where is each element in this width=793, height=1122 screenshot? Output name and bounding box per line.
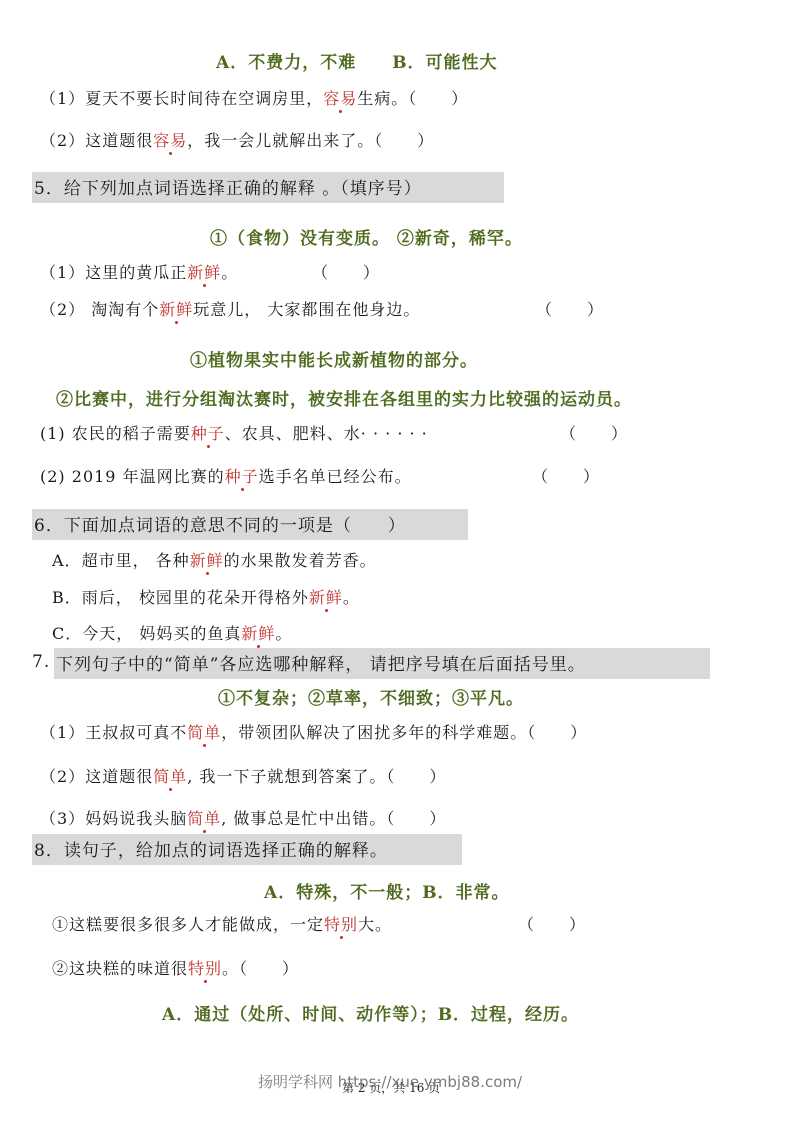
item-number: （3） <box>40 809 85 828</box>
q8-group2-options: A．通过（处所、时间、动作等）；B．过程，经历。 <box>162 1000 579 1025</box>
keyword: 新鲜 <box>159 297 193 320</box>
choice-text-after: 的水果散发着芳香。 <box>224 551 377 570</box>
q7-number: 7. <box>32 652 50 672</box>
item-text-after: 选手名单已经公布。 <box>259 467 412 486</box>
q4-options: A．不费力，不难 B．可能性大 <box>216 48 498 73</box>
q6-choice-c[interactable]: C．今天， 妈妈买的鱼真新鲜。 <box>52 621 292 644</box>
item-text: 妈妈说我头脑 <box>85 809 187 828</box>
item-number: （2） <box>40 767 85 786</box>
item-text: 农民的稻子需要 <box>72 424 191 443</box>
choice-label: C． <box>52 624 82 643</box>
item-text-after: 玩意儿， 大家都围在他身边。 <box>193 300 420 319</box>
item-text: 这道题很 <box>85 131 153 150</box>
answer-paren[interactable]: （ ） <box>560 421 628 444</box>
watermark: 扬明学科网 https://xue.ymbj88.com/ <box>258 1071 522 1092</box>
item-number: （1） <box>40 263 85 282</box>
keyword: 新鲜 <box>187 260 221 283</box>
item-text-after[interactable]: ，带领团队解决了困扰多年的科学难题。（ ） <box>221 723 587 742</box>
keyword: 简单 <box>153 764 187 787</box>
item-number: ② <box>52 959 69 978</box>
choice-text: 今天， 妈妈买的鱼真 <box>82 624 241 643</box>
choice-text-after: 。 <box>343 588 360 607</box>
q8-item-2: ②这块糕的味道很特别。（ ） <box>52 956 299 979</box>
answer-paren[interactable]: （ ） <box>536 297 604 320</box>
keyword: 新鲜 <box>241 621 275 644</box>
item-text: 王叔叔可真不 <box>85 723 187 742</box>
item-number: （2） <box>40 300 85 319</box>
q6-choice-b[interactable]: B．雨后， 校园里的花朵开得格外新鲜。 <box>52 585 360 608</box>
item-number: （2） <box>40 131 85 150</box>
keyword: 容易 <box>323 86 357 109</box>
item-number: （1） <box>40 723 85 742</box>
choice-label: A． <box>52 551 82 570</box>
item-text-after[interactable]: 生病。（ ） <box>357 89 468 108</box>
keyword: 特别 <box>324 912 358 935</box>
item-text: 这块糕的味道很 <box>69 959 188 978</box>
choice-text: 雨后， 校园里的花朵开得格外 <box>82 588 309 607</box>
q8-item-1: ①这糕要很多很多人才能做成，一定特别大。 <box>52 912 392 935</box>
item-text-after: 大。 <box>358 915 392 934</box>
q8-title: 8．读句子，给加点的词语选择正确的解释。 <box>32 834 462 865</box>
q7-item-3: （3）妈妈说我头脑简单, 做事总是忙中出错。（ ） <box>40 806 446 829</box>
q7-item-1: （1）王叔叔可真不简单，带领团队解决了困扰多年的科学难题。（ ） <box>40 720 587 743</box>
choice-label: B． <box>52 588 82 607</box>
choice-text: 超市里， 各种 <box>82 551 190 570</box>
item-text: 这糕要很多很多人才能做成，一定 <box>69 915 324 934</box>
q5-group1-options: ①（食物）没有变质。 ②新奇，稀罕。 <box>210 224 523 249</box>
item-text-after[interactable]: , 做事总是忙中出错。（ ） <box>221 809 446 828</box>
q5-g2-item-1: (1) 农民的稻子需要种子、农具、肥料、水· · · · · · <box>40 421 428 444</box>
q4-item-1: （1）夏天不要长时间待在空调房里，容易生病。（ ） <box>40 86 468 109</box>
q5-g1-item-1: （1）这里的黄瓜正新鲜。 <box>40 260 238 283</box>
keyword: 简单 <box>187 806 221 829</box>
q6-choice-a[interactable]: A．超市里， 各种新鲜的水果散发着芳香。 <box>52 548 377 571</box>
answer-paren[interactable]: （ ） <box>518 912 586 935</box>
keyword: 特别 <box>188 956 222 979</box>
item-text: 2019 年温网比赛的 <box>72 467 225 486</box>
item-text-after[interactable]: ，我一会儿就解出来了。（ ） <box>187 131 434 150</box>
choice-text-after: 。 <box>275 624 292 643</box>
keyword: 容易 <box>153 128 187 151</box>
item-text-after[interactable]: 。（ ） <box>222 959 299 978</box>
answer-paren[interactable]: （ ） <box>532 464 600 487</box>
item-text: 夏天不要长时间待在空调房里， <box>85 89 323 108</box>
keyword: 种子 <box>225 464 259 487</box>
keyword: 新鲜 <box>190 548 224 571</box>
q5-g1-item-2: （2） 淘淘有个新鲜玩意儿， 大家都围在他身边。 <box>40 297 420 320</box>
item-text-after[interactable]: , 我一下子就想到答案了。（ ） <box>187 767 446 786</box>
item-text-after: 。 <box>221 263 238 282</box>
q8-group1-options: A．特殊，不一般；B．非常。 <box>264 878 510 903</box>
q6-title: 6．下面加点词语的意思不同的一项是（ ） <box>32 509 468 540</box>
q5-g2-item-2: (2) 2019 年温网比赛的种子选手名单已经公布。 <box>40 464 412 487</box>
keyword: 简单 <box>187 720 221 743</box>
item-text: 这里的黄瓜正 <box>85 263 187 282</box>
q7-item-2: （2）这道题很简单, 我一下子就想到答案了。（ ） <box>40 764 446 787</box>
q5-group2-option-1: ①植物果实中能长成新植物的部分。 <box>190 346 478 371</box>
item-number: ① <box>52 915 69 934</box>
q7-options: ①不复杂；②草率，不细致；③平凡。 <box>218 684 524 709</box>
q7-title: 下列句子中的“简单”各应选哪种解释， 请把序号填在后面括号里。 <box>54 648 710 679</box>
q5-group2-option-2: ②比赛中，进行分组淘汰赛时，被安排在各组里的实力比较强的运动员。 <box>56 385 632 410</box>
answer-paren[interactable]: （ ） <box>312 260 380 283</box>
q5-title: 5．给下列加点词语选择正确的解释 。（填序号） <box>32 172 504 203</box>
item-number: (1) <box>40 424 66 443</box>
item-text: 这道题很 <box>85 767 153 786</box>
keyword: 新鲜 <box>309 585 343 608</box>
item-text-after: 、农具、肥料、水· · · · · · <box>225 424 428 443</box>
item-number: （1） <box>40 89 85 108</box>
item-number: (2) <box>40 467 66 486</box>
q4-item-2: （2）这道题很容易，我一会儿就解出来了。（ ） <box>40 128 434 151</box>
item-text: 淘淘有个 <box>85 300 159 319</box>
keyword: 种子 <box>191 421 225 444</box>
